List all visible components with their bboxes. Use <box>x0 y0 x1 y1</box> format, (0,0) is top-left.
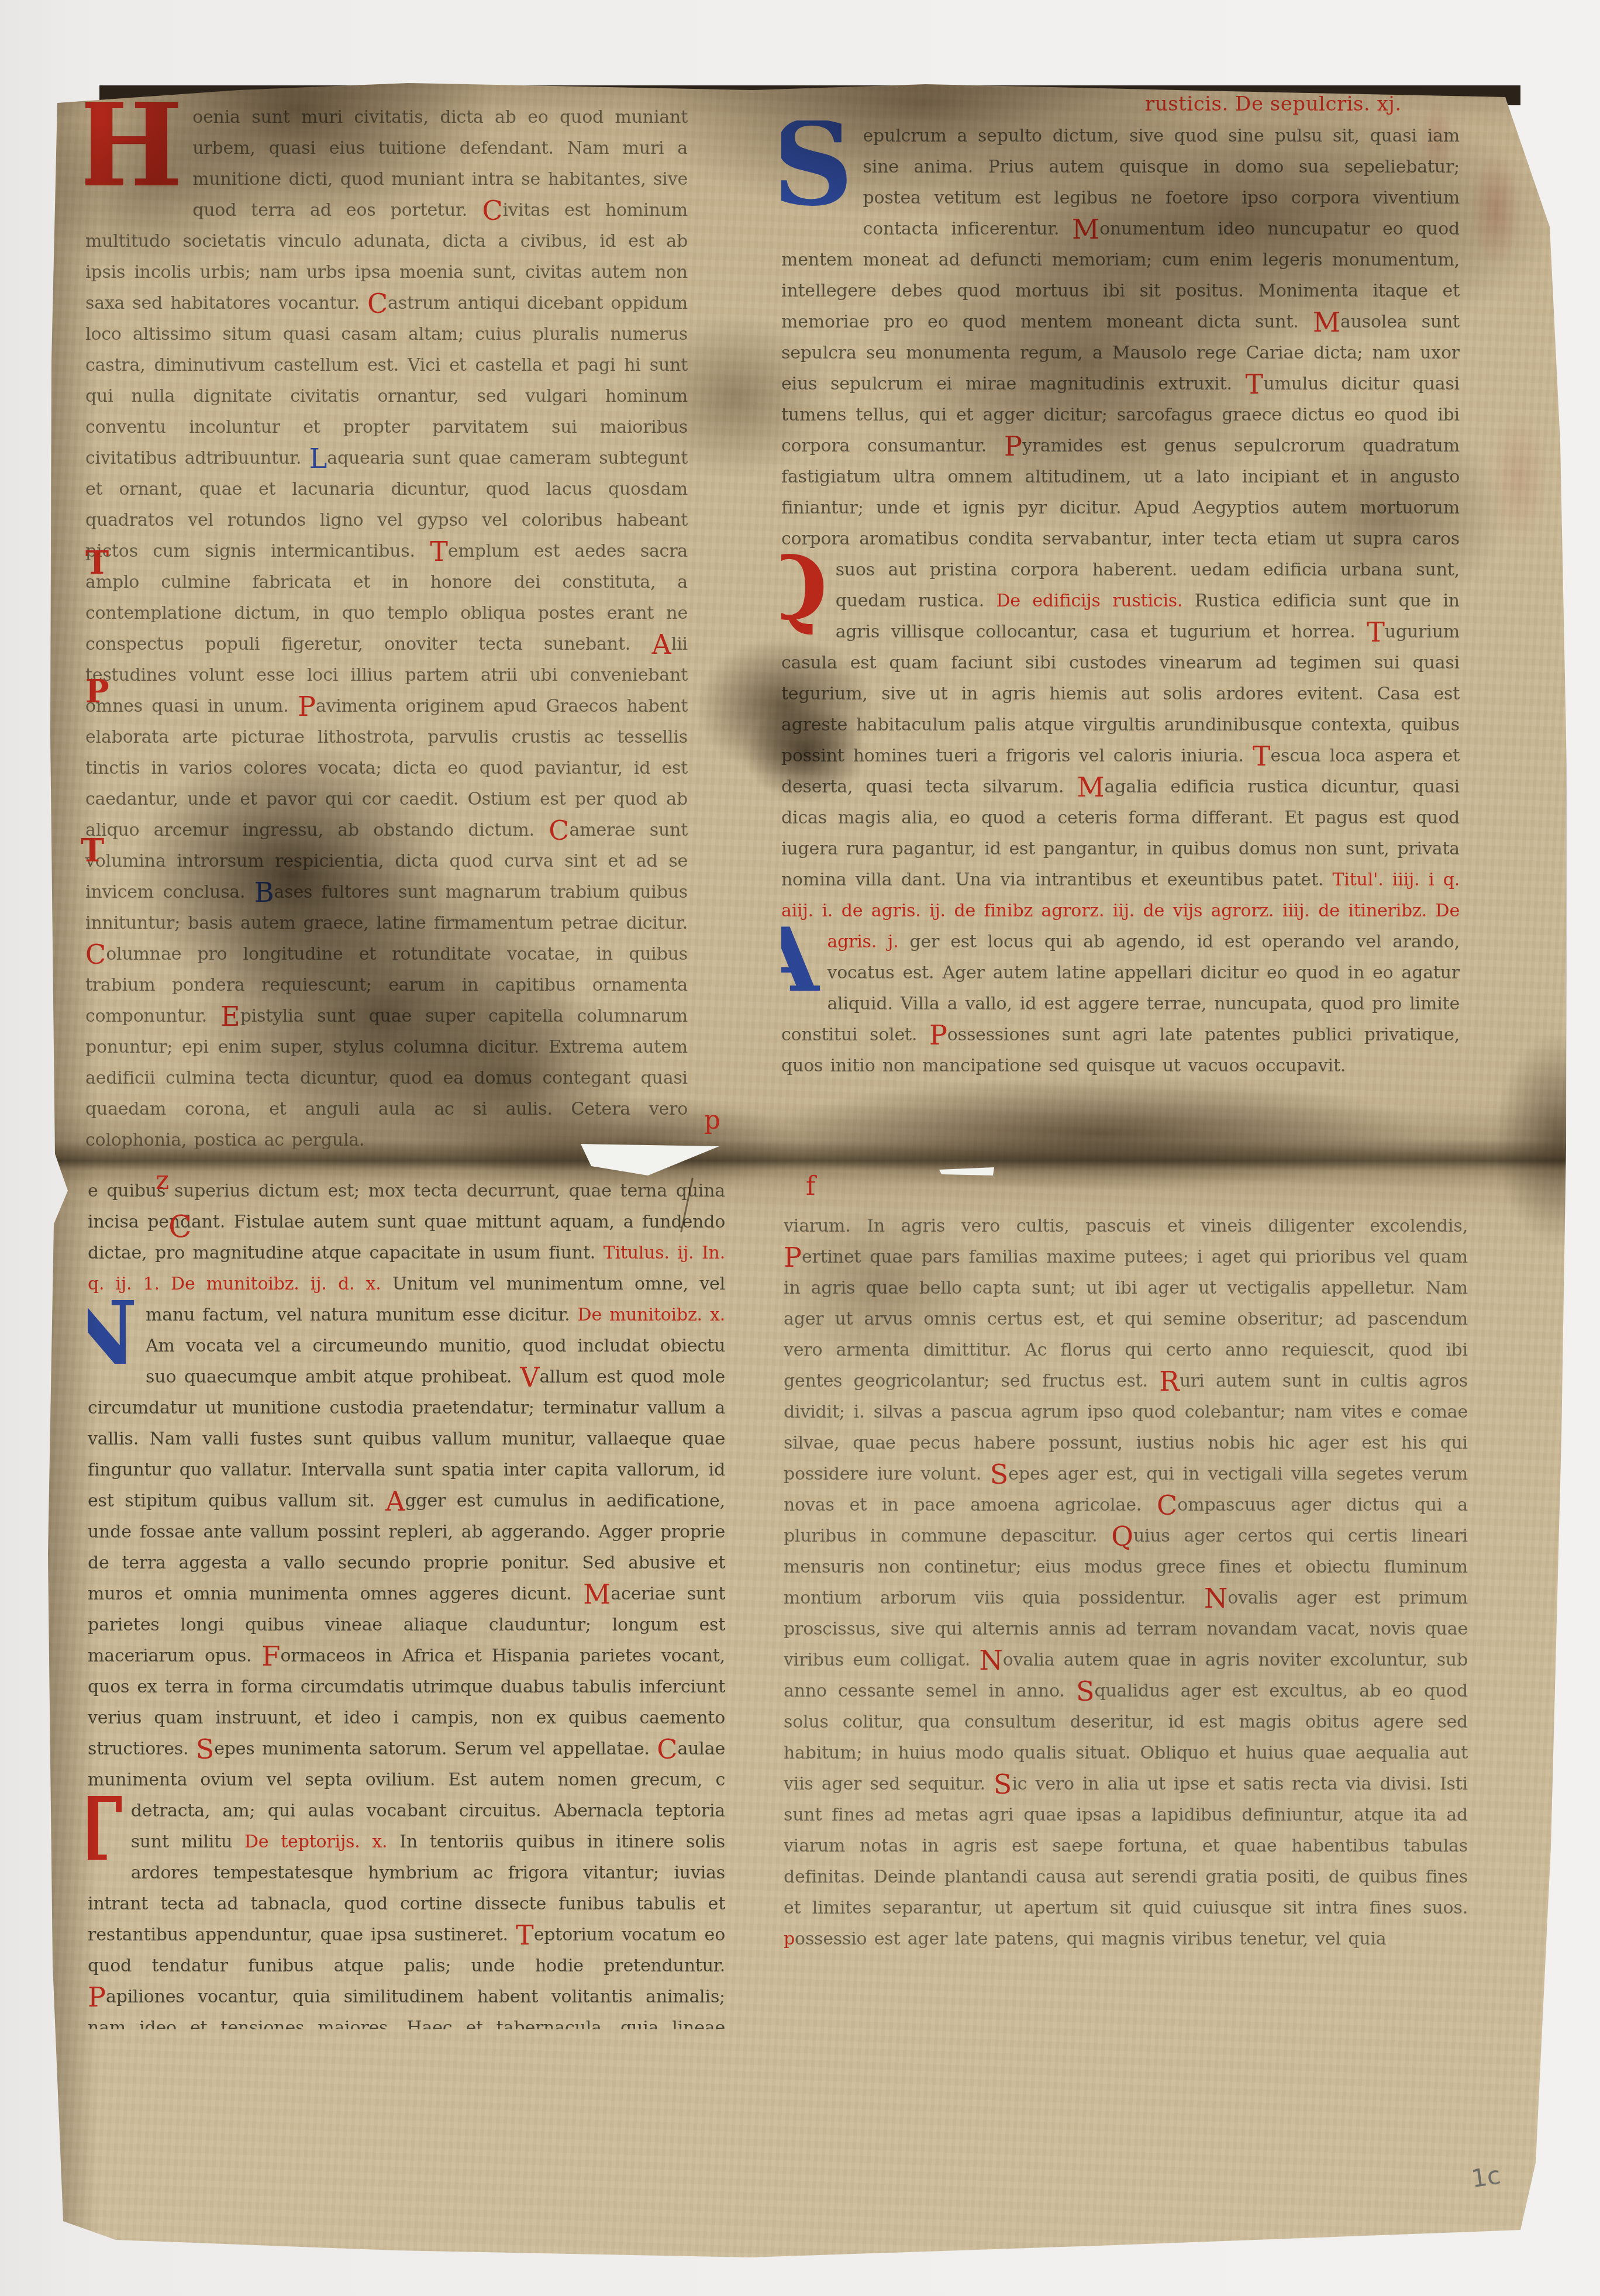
column-bottom-right: viarum. In agris vero cultis, pascuis et… <box>784 1211 1468 2088</box>
margin-initial-t: T <box>81 832 104 869</box>
column-bottom-left: e quibus superius dictum est; mox tecta … <box>88 1175 725 2029</box>
rubric-text: C <box>367 288 388 319</box>
body-text: apiliones vocantur, quia similitudinem h… <box>88 1987 725 2029</box>
rubric-text: Q <box>1111 1521 1133 1552</box>
folio-mark-pencil: 1c <box>1470 2161 1502 2193</box>
rubric-text: E <box>220 1001 240 1032</box>
body-text: epes munimenta satorum. Serum vel appell… <box>214 1739 657 1759</box>
rubric-text: P <box>1004 430 1022 462</box>
rubric-text: V <box>520 1361 539 1393</box>
rubric-text: M <box>1077 771 1104 803</box>
margin-initial-t: T <box>85 544 109 581</box>
rubric-text: p <box>784 1929 795 1949</box>
rubric-text: C <box>85 939 106 970</box>
running-title: rusticis. De sepulcris. xj. <box>1145 92 1414 116</box>
rubric-text: C <box>657 1733 677 1765</box>
drop-initial: A <box>781 925 819 995</box>
rubric-text: P <box>88 1981 106 2013</box>
rubric-text: C <box>482 195 502 226</box>
column-top-right: Sepulcrum a sepulto dictum, sive quod si… <box>781 120 1460 1154</box>
drop-initial: Q <box>781 553 827 623</box>
rubric-text: P <box>298 691 316 722</box>
rubric-text: De teptorijs. x. <box>244 1832 399 1852</box>
body-text: viarum. In agris vero cultis, pascuis et… <box>784 1216 1468 1236</box>
rubric-text: P <box>784 1242 802 1273</box>
body-text: ic vero in alia ut ipse et satis recta v… <box>784 1774 1468 1918</box>
body-text: pistylia sunt quae super capitella colum… <box>85 1006 688 1149</box>
rubric-text: T <box>1253 740 1271 772</box>
rubric-text: S <box>196 1733 215 1765</box>
rubric-text: F <box>262 1640 281 1672</box>
drop-initial: T <box>88 1794 123 1864</box>
fold-catch-mark: C <box>168 1209 192 1244</box>
rubric-text: S <box>990 1459 1009 1490</box>
body-text: ertinet quae pars familias maxime putees… <box>784 1247 1468 1391</box>
body-text: ugurium casula est quam faciunt sibi cus… <box>781 622 1460 766</box>
body-text: astrum antiqui dicebant oppidum loco alt… <box>85 293 688 468</box>
fold-tear <box>939 1167 995 1176</box>
rubric-text: M <box>1313 306 1340 338</box>
drop-initial: H <box>85 102 183 192</box>
rubric-text: T <box>516 1919 534 1951</box>
rubric-text: T <box>1246 368 1264 400</box>
rubric-text: C <box>549 815 569 846</box>
drop-initial: N <box>88 1298 137 1368</box>
fold-catch-mark: f <box>806 1171 815 1201</box>
rubric-text: T <box>1367 616 1385 648</box>
rubric-text: N <box>1204 1583 1227 1614</box>
rubric-text: M <box>1072 213 1099 245</box>
rubric-text: C <box>1157 1490 1177 1521</box>
parchment-sheet: rusticis. De sepulcris. xj. Hoenia sunt … <box>46 34 1566 2262</box>
fold-catch-mark: p <box>704 1105 720 1135</box>
rubric-text: De edificijs rusticis. <box>996 591 1182 611</box>
rubric-text: M <box>583 1578 611 1610</box>
rubric-text: De munitoibz. x. <box>578 1305 725 1325</box>
rubric-text: A <box>652 629 671 660</box>
rubric-text: S <box>994 1768 1012 1800</box>
margin-initial-p: P <box>85 673 109 710</box>
body-text: avimenta originem apud Graecos habent el… <box>85 696 688 840</box>
body-text: allum est quod mole circumdatur ut munit… <box>88 1367 725 1511</box>
fold-catch-mark: z <box>156 1166 169 1195</box>
rubric-text: P <box>929 1019 947 1051</box>
drop-initial: S <box>781 120 854 211</box>
rubric-text: R <box>1159 1366 1180 1397</box>
rubric-text: A <box>385 1485 405 1517</box>
rubric-text: T <box>430 536 448 567</box>
rubric-text: L <box>309 443 327 474</box>
rubric-text: B <box>254 877 274 908</box>
column-top-left: Hoenia sunt muri civitatis, dicta ab eo … <box>85 102 688 1149</box>
body-text: ossessio est ager late patens, qui magni… <box>795 1929 1386 1949</box>
rubric-text: S <box>1076 1676 1095 1707</box>
rubric-text: N <box>979 1645 1002 1676</box>
body-text: yramides est genus sepulcrorum quadratum… <box>781 436 1460 580</box>
scanned-manuscript-photo: rusticis. De sepulcris. xj. Hoenia sunt … <box>0 0 1600 2296</box>
